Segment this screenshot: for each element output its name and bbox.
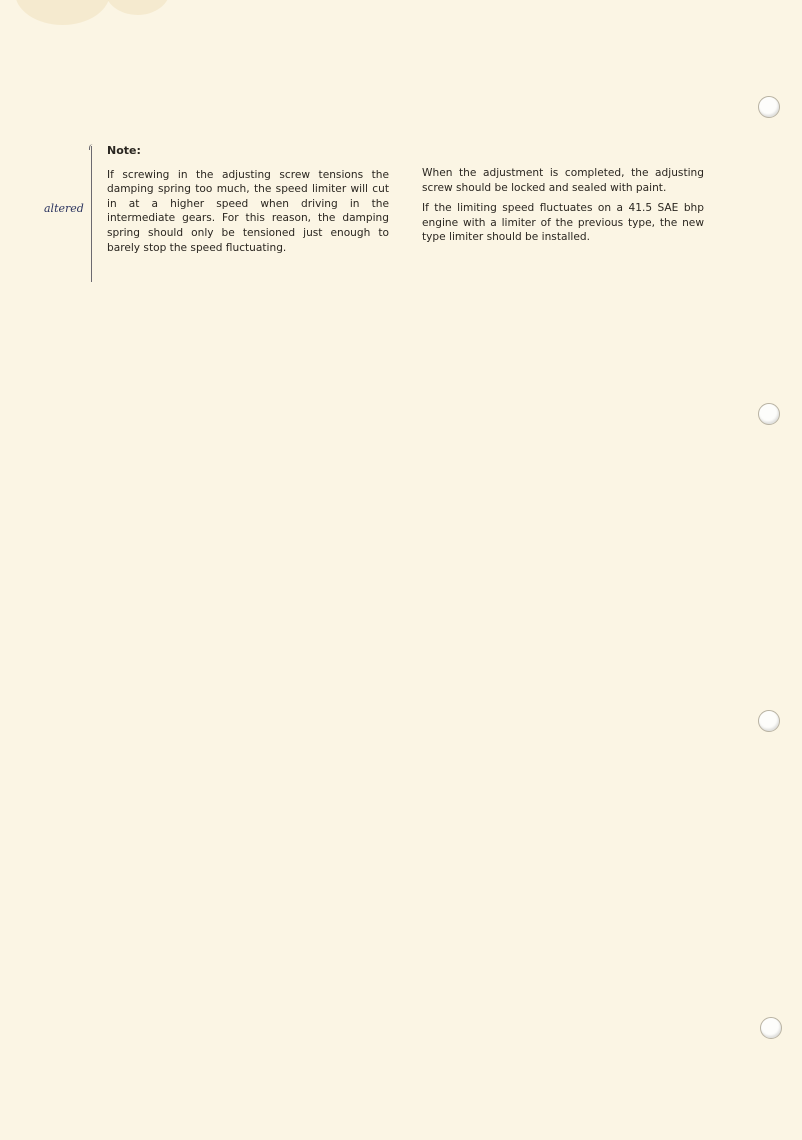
left-column: Note: If screwing in the adjusting screw…: [107, 144, 389, 261]
margin-change-bar: [91, 146, 92, 282]
binder-hole: [758, 96, 780, 118]
paragraph-adjustment-completed: When the adjustment is completed, the ad…: [422, 166, 704, 195]
handwritten-annotation: altered: [44, 202, 84, 215]
binder-hole: [758, 710, 780, 732]
paper-stain: [15, 0, 110, 25]
paragraph-limiter-replacement: If the limiting speed fluctuates on a 41…: [422, 201, 704, 245]
note-heading: Note:: [107, 144, 389, 159]
binder-hole: [758, 403, 780, 425]
paper-stain: [105, 0, 170, 15]
right-column: When the adjustment is completed, the ad…: [422, 166, 704, 251]
note-paragraph: If screwing in the adjusting screw tensi…: [107, 168, 389, 256]
binder-hole: [760, 1017, 782, 1039]
